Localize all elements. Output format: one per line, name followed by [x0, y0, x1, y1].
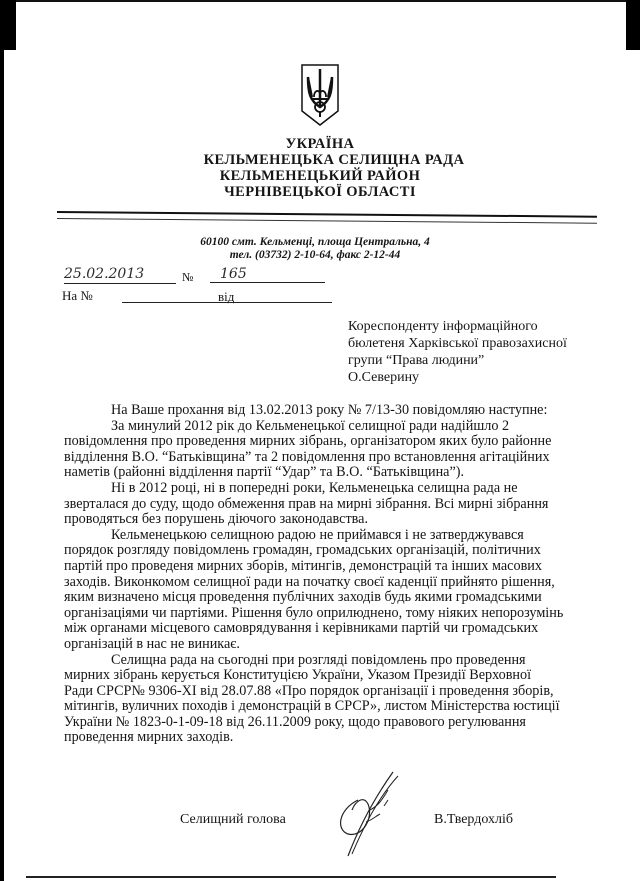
recipient-name: О.Северину: [348, 369, 567, 386]
handwritten-signature-icon: [318, 770, 408, 860]
body-line: проводяться без порушень діючого законод…: [64, 512, 584, 528]
body-line: порядок розгляду повідомлень громадян, г…: [64, 543, 584, 559]
body-line: України № 1823-0-1-09-18 від 26.11.2009 …: [64, 715, 584, 731]
body-line: зверталася до суду, щодо обмеження прав …: [64, 497, 584, 513]
reply-to-label: На №: [62, 288, 93, 304]
body-line: проведення мирних заходів.: [64, 730, 584, 746]
signer-title: Селищний голова: [180, 812, 286, 828]
number-label: №: [182, 270, 193, 285]
body-line: наметів (районні відділення партії “Удар…: [64, 465, 584, 481]
body-line: відділення В.О. “Батьківщина” та 2 повід…: [64, 450, 584, 466]
address-block: 60100 смт. Кельменці, площа Центральна, …: [150, 236, 480, 262]
scan-edge: [16, 0, 626, 2]
body-line: За минулий 2012 рік до Кельменецької сел…: [64, 419, 584, 435]
body-line: між органами місцевого самоврядування і …: [64, 621, 584, 637]
address-line: 60100 смт. Кельменці, площа Центральна, …: [150, 236, 480, 249]
letterhead-council: КЕЛЬМЕНЕЦЬКА СЕЛИЩНА РАДА: [28, 152, 640, 168]
body-line: заходів. Виконкомом селищної ради на поч…: [64, 575, 584, 591]
body-line: мирних зібрань керується Конституцією Ук…: [64, 668, 584, 684]
body-line: Ні в 2012 році, ні в попередні роки, Кел…: [64, 481, 584, 497]
coat-of-arms-trident-icon: [300, 63, 340, 127]
letterhead-district: КЕЛЬМЕНЕЦЬКИЙ РАЙОН: [0, 168, 640, 184]
letterhead: УКРАЇНА КЕЛЬМЕНЕЦЬКА СЕЛИЩНА РАДА КЕЛЬМЕ…: [0, 136, 640, 200]
body-line: організаціями чи партіями. Рішення було …: [64, 606, 584, 622]
outgoing-number: 165: [210, 266, 325, 283]
body-line: партій про проведеня мирних зборів, міти…: [64, 559, 584, 575]
body-line: Кельменецькою селищною радою не приймавс…: [64, 528, 584, 544]
letter-body: На Ваше прохання від 13.02.2013 року № 7…: [64, 403, 584, 746]
body-line: повідомлення про проведення мирних зібра…: [64, 434, 584, 450]
letterhead-divider: [57, 218, 597, 224]
contact-line: тел. (03732) 2-10-64, факс 2-12-44: [150, 249, 480, 262]
recipient-line: групи “Права людини”: [348, 352, 567, 369]
body-line: На Ваше прохання від 13.02.2013 року № 7…: [64, 403, 584, 419]
outgoing-date: 25.02.2013: [64, 266, 176, 284]
recipient-block: Кореспонденту інформаційного бюлетеня Ха…: [348, 318, 567, 386]
letterhead-region: ЧЕРНІВЕЦЬКОЇ ОБЛАСТІ: [0, 184, 640, 200]
scan-edge: [626, 0, 640, 50]
from-label: від: [218, 289, 234, 305]
body-line: Селищна рада на сьогодні при розгляді по…: [64, 653, 584, 669]
scan-edge: [26, 876, 556, 878]
letterhead-country: УКРАЇНА: [0, 136, 640, 152]
signer-name: В.Твердохліб: [434, 812, 513, 828]
recipient-line: Кореспонденту інформаційного: [348, 318, 567, 335]
body-line: організацій в нас не виникає.: [64, 637, 584, 653]
scan-edge: [0, 0, 16, 50]
body-line: мітингів, вуличних походів і демонстраці…: [64, 699, 584, 715]
letterhead-divider: [57, 211, 597, 218]
body-line: Ради СРСР№ 9306-ХІ від 28.07.88 «Про пор…: [64, 684, 584, 700]
body-line: яким визначено місця проведення публічни…: [64, 590, 584, 606]
recipient-line: бюлетеня Харківської правозахисної: [348, 335, 567, 352]
